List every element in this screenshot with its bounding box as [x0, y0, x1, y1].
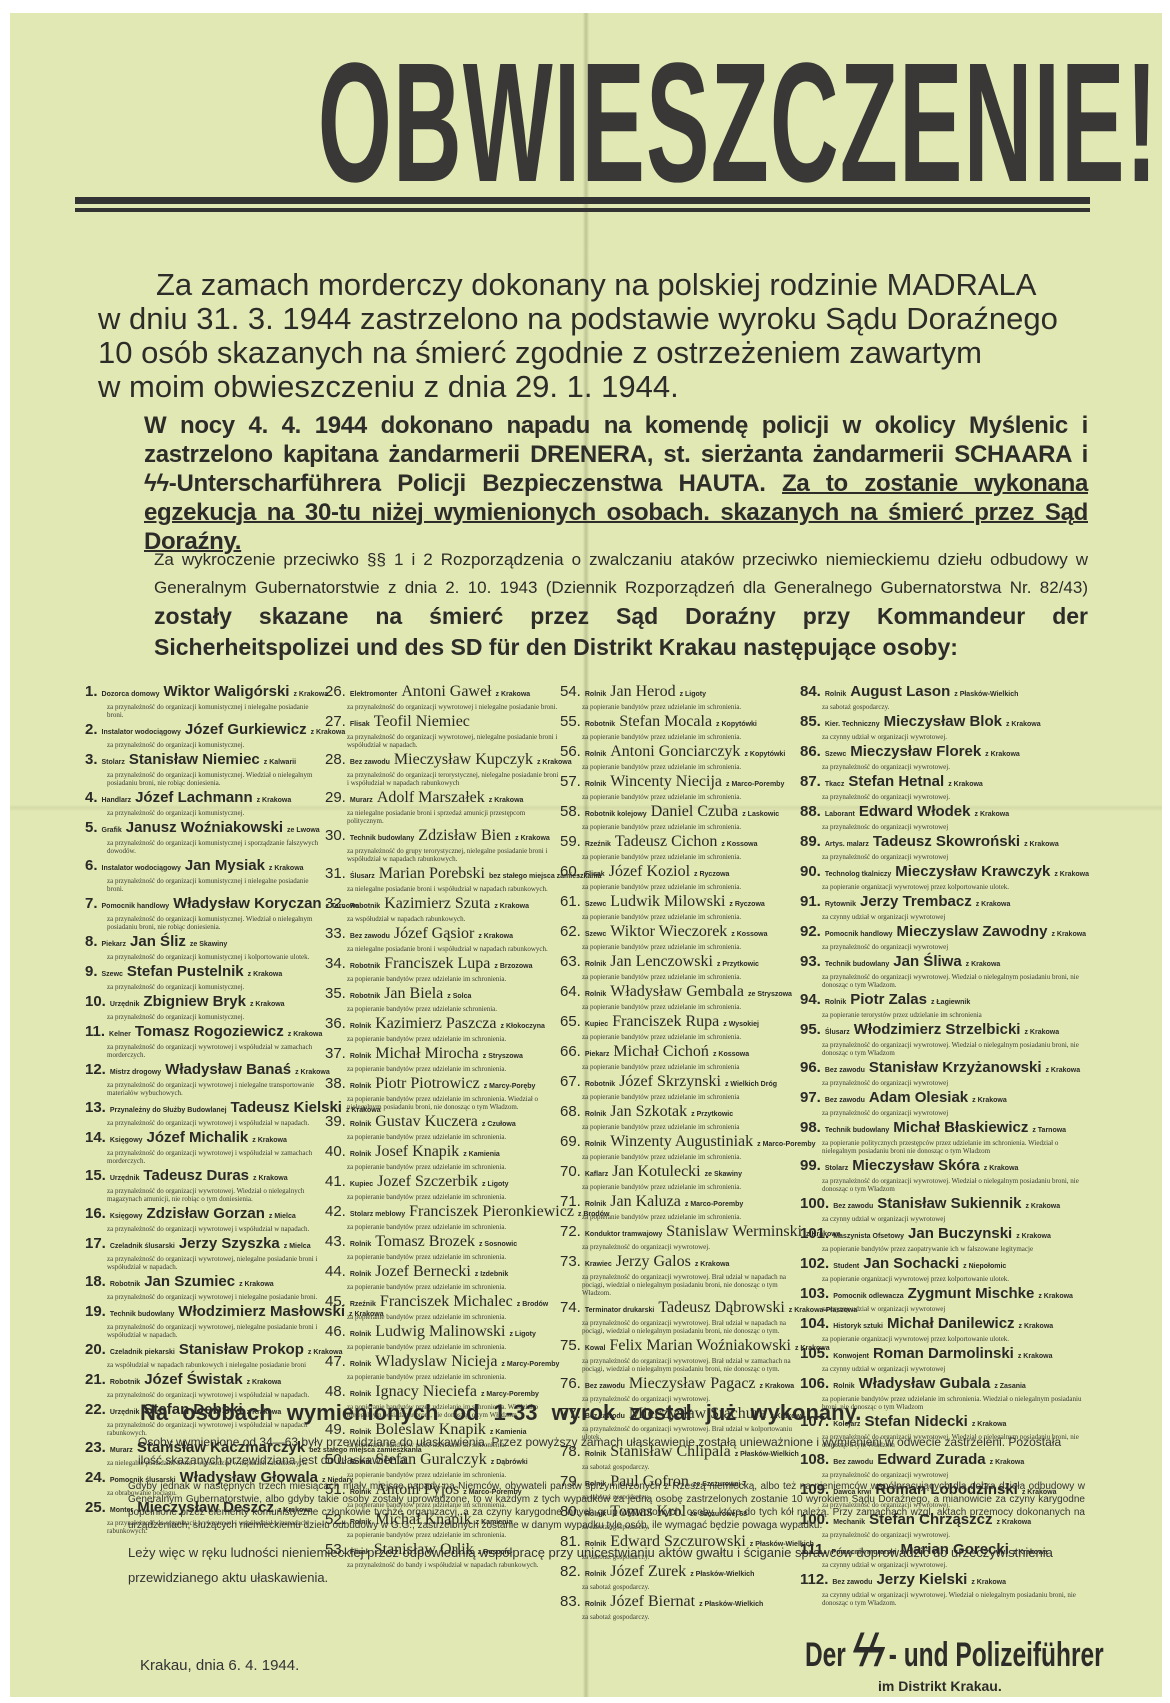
person-reason: za czynny udział w organizacji wywrotowe…: [822, 1365, 1085, 1373]
person-origin: z Krakowa: [253, 1175, 288, 1182]
person-occupation: Bez zawodu: [825, 1097, 865, 1104]
person-reason: za przynależność do organizacji wywrotow…: [107, 1225, 320, 1233]
person-reason: za przynależność do organizacji wywrotow…: [582, 1319, 795, 1335]
person-occupation: Rolnik: [585, 751, 606, 758]
person-reason: za przynależność do organizacji wywrotow…: [822, 763, 1085, 771]
person-name: Michał Danilewicz: [887, 1315, 1015, 1332]
person-entry: 35.RobotnikJan Bielaz Solcaza popieranie…: [325, 985, 560, 1013]
person-reason: za popieranie bandytów przez udzielanie …: [347, 1373, 560, 1381]
person-reason: za popieranie bandytów przez udzielanie …: [582, 973, 795, 981]
person-number: 11.: [85, 1023, 105, 1040]
person-name: Daniel Czuba: [651, 803, 739, 820]
person-entry: 73.KrawiecJerzy Galosz Krakowaza przynal…: [560, 1253, 795, 1297]
person-reason: za popieranie bandytów przez udzielanie …: [347, 975, 560, 983]
person-number: 47.: [325, 1353, 346, 1370]
person-name: Władysław Gubala: [859, 1375, 991, 1392]
person-number: 32.: [325, 895, 346, 912]
person-name: Jozef Szczerbik: [377, 1173, 478, 1190]
person-reason: za popieranie bandytów przez udzielanie …: [582, 793, 795, 801]
person-name: Józef Gąsior: [394, 925, 474, 942]
person-name: Stanisław Sukiennik: [877, 1195, 1021, 1212]
person-number: 62.: [560, 923, 581, 940]
person-number: 67.: [560, 1073, 581, 1090]
person-reason: za sabotaż gospodarczy.: [822, 703, 1085, 711]
person-reason: za współudział w napadach rabunkowych.: [347, 915, 560, 923]
person-entry: 34.RobotnikFranciszek Lupaz Brzozowaza p…: [325, 955, 560, 983]
person-entry: 94.RolnikPiotr Zalasz Łagiewnikza popier…: [800, 991, 1085, 1019]
persons-column-4: 84.RolnikAugust Lasonz Płasków-Wielkichz…: [800, 683, 1085, 1609]
person-name: Mieczysław Kupczyk: [394, 751, 533, 768]
person-entry: 47.RolnikWladyslaw Niciejaz Marcy-Poremb…: [325, 1353, 560, 1381]
person-entry: 14.KsięgowyJózef Michalikz Krakowaza prz…: [85, 1129, 320, 1165]
person-origin: z Krakowa: [515, 835, 550, 842]
person-occupation: Szewc: [825, 751, 846, 758]
poster-title: OBWIESZCZENIE!: [318, 53, 872, 193]
person-number: 15.: [85, 1167, 106, 1184]
person-name: Józef Koziol: [609, 863, 690, 880]
person-occupation: Rolnik: [585, 1141, 606, 1148]
person-entry: 44.RolnikJozef Berneckiz Izdebnikza popi…: [325, 1263, 560, 1291]
person-entry: 83.RolnikJózef Biernatz Płasków-Wielkich…: [560, 1593, 795, 1621]
person-number: 85.: [800, 713, 821, 730]
person-origin: z Przytkowic: [691, 1111, 733, 1118]
person-occupation: Urzędnik: [110, 1001, 140, 1008]
person-reason: za popieranie bandytów przez udzielanie …: [347, 1253, 560, 1261]
person-reason: za przynależność do organizacji wywrotow…: [107, 1323, 320, 1339]
person-reason: za przynależność do organizacji wywrotow…: [822, 1177, 1085, 1193]
person-reason: za przynależność do organizacji wywrotow…: [347, 703, 560, 711]
person-origin: z Mielca: [269, 1213, 296, 1220]
person-entry: 90.Technolog tkalniczyMieczysław Krawczy…: [800, 863, 1085, 891]
person-entry: 2.Instalator wodociągowyJózef Gurkiewicz…: [85, 721, 320, 749]
person-name: Jerzy Galos: [616, 1253, 691, 1270]
person-entry: 11.KelnerTomasz Rogoziewiczz Krakowaza p…: [85, 1023, 320, 1059]
person-entry: 105.KonwojentRoman Darmolinskiz Krakowaz…: [800, 1345, 1085, 1373]
person-name: Gustav Kuczera: [375, 1113, 478, 1130]
person-name: Zbigniew Bryk: [143, 993, 246, 1010]
signature-pre: Der: [805, 1636, 846, 1674]
person-occupation: Robotnik kolejowy: [585, 811, 647, 818]
person-origin: z Krakowa: [1016, 1233, 1051, 1240]
person-entry: 18.RobotnikJan Szumiecz Krakowaza przyna…: [85, 1273, 320, 1301]
person-reason: za nielegalne posiadanie broni i sprzeda…: [347, 809, 560, 825]
person-number: 40.: [325, 1143, 346, 1160]
person-occupation: Rolnik: [585, 1201, 606, 1208]
person-entry: 72.Konduktor tramwajowyStanislaw Wermins…: [560, 1223, 795, 1251]
person-origin: z Ligoty: [680, 691, 706, 698]
person-name: Janusz Woźniakowski: [126, 819, 283, 836]
person-origin: z Wielkich Dróg: [725, 1081, 777, 1088]
person-entry: 8.PiekarzJan Ślizze Skawinyza przynależn…: [85, 933, 320, 961]
pardon-paragraph: Osoby wymienione od 34—63 były przewidzi…: [98, 1433, 1088, 1469]
person-reason: za czynny udział w organizacji wywrotowe…: [822, 1215, 1085, 1223]
person-name: Piotr Zalas: [850, 991, 927, 1008]
person-reason: za przynależność do organizacji komunist…: [107, 915, 320, 931]
person-number: 99.: [800, 1157, 821, 1174]
person-name: Józef Gurkiewicz: [185, 721, 307, 738]
person-number: 37.: [325, 1045, 346, 1062]
person-entry: 86.SzewcMieczysław Florekz Krakowaza prz…: [800, 743, 1085, 771]
person-origin: ze Lwowa: [287, 827, 320, 834]
person-reason: za popieranie bandytów przez udzielanie …: [582, 853, 795, 861]
person-entry: 100.Bez zawoduStanisław Sukiennikz Krako…: [800, 1195, 1085, 1223]
person-number: 20.: [85, 1341, 106, 1358]
person-reason: za popieranie bandytów przez udzielanie …: [347, 1283, 560, 1291]
person-occupation: Maszynista Ofsetowy: [833, 1233, 904, 1240]
person-origin: z Sosnowic: [479, 1241, 517, 1248]
person-entry: 33.Bez zawoduJózef Gąsiorz Krakowaza nie…: [325, 925, 560, 953]
person-entry: 85.Kier. TechnicznyMieczysław Blokz Krak…: [800, 713, 1085, 741]
person-name: Antoni Gaweł: [401, 683, 491, 700]
person-name: Jan Szkotak: [610, 1103, 687, 1120]
person-name: Tadeusz Cichon: [615, 833, 717, 850]
person-occupation: Krawiec: [585, 1261, 612, 1268]
person-number: 98.: [800, 1119, 821, 1136]
person-entry: 12.Mistrz drogowyWładysław Banaśz Krakow…: [85, 1061, 320, 1097]
person-entry: 37.RolnikMichał Mirochaz Stryszowaza pop…: [325, 1045, 560, 1073]
person-number: 1.: [85, 683, 98, 700]
person-entry: 75.KowalFelix Marian Woźniakowskiz Krako…: [560, 1337, 795, 1373]
person-name: Jan Buczynski: [908, 1225, 1012, 1242]
person-occupation: Pomocnik handlowy: [825, 931, 893, 938]
person-reason: za przynależność do organizacji komunist…: [107, 703, 320, 719]
person-name: Franciszek Lupa: [384, 955, 490, 972]
person-occupation: Terminator drukarski: [585, 1307, 655, 1314]
person-entry: 68.RolnikJan Szkotakz Przytkowicza popie…: [560, 1103, 795, 1131]
person-entry: 56.RolnikAntoni Gonciarczykz Kopytówkiza…: [560, 743, 795, 771]
person-number: 35.: [325, 985, 346, 1002]
person-origin: z Ligoty: [509, 1331, 535, 1338]
person-origin: z Krakowa: [247, 1379, 282, 1386]
person-occupation: Tkacz: [825, 781, 844, 788]
person-name: Jerzy Szyszka: [179, 1235, 280, 1252]
person-entry: 46.RolnikLudwig Malinowskiz Ligotyza pop…: [325, 1323, 560, 1351]
person-occupation: Technik budowlany: [350, 835, 414, 842]
person-origin: z Krakowa: [975, 811, 1010, 818]
person-occupation: Rzeźnik: [350, 1301, 376, 1308]
person-number: 55.: [560, 713, 581, 730]
person-number: 104.: [800, 1315, 829, 1332]
person-occupation: Rolnik: [350, 1331, 371, 1338]
person-occupation: Rolnik: [585, 1111, 606, 1118]
person-origin: z Marcy-Poremby: [501, 1361, 559, 1368]
person-name: Jerzy Trembacz: [860, 893, 972, 910]
person-number: 31.: [325, 865, 346, 882]
person-reason: za popieranie bandytów przez udzielanie …: [347, 1035, 560, 1043]
decree-bold-text: zostały skazane na śmierć przez Sąd Dora…: [154, 603, 1088, 660]
person-number: 3.: [85, 751, 98, 768]
person-name: Stefan Pustelnik: [127, 963, 244, 980]
person-origin: z Łagiewnik: [931, 999, 970, 1006]
person-occupation: Kupiec: [585, 1021, 608, 1028]
person-name: Teofil Niemiec: [374, 713, 470, 730]
person-reason: za czynny udział w organizacji wywrotowe…: [822, 733, 1085, 741]
person-occupation: Robotnik: [350, 993, 380, 1000]
person-reason: za przynależność do organizacji komunist…: [107, 839, 320, 855]
intro-paragraph-myslenice: W nocy 4. 4. 1944 dokonano napadu na kom…: [98, 411, 1088, 556]
person-reason: za popieranie bandytów przez udzielanie …: [582, 1213, 795, 1221]
person-origin: z Brodów: [517, 1301, 549, 1308]
person-name: Mieczysław Pagacz: [629, 1375, 756, 1392]
person-name: Jan Lenczowski: [610, 953, 713, 970]
person-origin: z Krakowa: [1054, 871, 1089, 878]
person-entry: 9.SzewcStefan Pustelnikz Krakowaza przyn…: [85, 963, 320, 991]
person-number: 92.: [800, 923, 821, 940]
person-entry: 43.RolnikTomasz Brozekz Sosnowicza popie…: [325, 1233, 560, 1261]
person-number: 97.: [800, 1089, 821, 1106]
person-name: Józef Lachmann: [135, 789, 253, 806]
person-entry: 4.HandlarzJózef Lachmannz Krakowaza przy…: [85, 789, 320, 817]
person-number: 22.: [85, 1401, 106, 1418]
person-reason: za przynależność do organizacji wywrotow…: [822, 1471, 1085, 1479]
person-occupation: Robotnik: [350, 903, 380, 910]
person-number: 60.: [560, 863, 581, 880]
person-entry: 7.Pomocnik handlowyWładysław Koryczanz T…: [85, 895, 320, 931]
person-reason: za przynależność do organizacji wywrotow…: [822, 1531, 1085, 1539]
person-reason: za popieranie bandytów przez udzielanie …: [347, 1193, 560, 1201]
person-reason: za czynny udział w organizacji wywrotowe…: [822, 913, 1085, 921]
person-occupation: Robotnik: [110, 1281, 140, 1288]
person-name: Tomasz Rogoziewicz: [135, 1023, 284, 1040]
person-name: Mieczysław Blok: [884, 713, 1002, 730]
person-occupation: Ślusarz: [350, 873, 375, 880]
person-origin: z Krakowa: [293, 691, 328, 698]
decree-paragraph: Za wykroczenie przeciwko §§ 1 i 2 Rozpor…: [98, 546, 1088, 664]
person-reason: za popieranie bandytów przez udzielanie …: [582, 883, 795, 891]
person-number: 8.: [85, 933, 98, 950]
person-name: Michał Cichoń: [613, 1043, 709, 1060]
signature-post: - und Polizeiführer: [889, 1636, 1104, 1674]
person-origin: z Krakowa: [257, 797, 292, 804]
person-entry: 19.Technik budowlanyWłodzimierz Masłowsk…: [85, 1303, 320, 1339]
person-reason: za przynależność do organizacji wywrotow…: [107, 1119, 320, 1127]
person-number: 39.: [325, 1113, 346, 1130]
person-origin: z Krakowa: [496, 691, 531, 698]
person-origin: ze Skawiny: [705, 1171, 742, 1178]
person-entry: 30.Technik budowlanyZdzisław Bienz Krako…: [325, 827, 560, 863]
person-occupation: Technolog tkalniczy: [825, 871, 891, 878]
person-entry: 59.RzeźnikTadeusz Cichonz Kossowaza popi…: [560, 833, 795, 861]
person-entry: 1.Dozorca domowyWiktor Waligórskiz Krako…: [85, 683, 320, 719]
person-name: Wladyslaw Nicieja: [375, 1353, 497, 1370]
person-origin: z Krakowa: [1045, 1067, 1080, 1074]
person-origin: z Ryczowa: [694, 871, 729, 878]
person-entry: 70.KaflarzJan Kotuleckize Skawinyza popi…: [560, 1163, 795, 1191]
person-reason: za przynależność do organizacji wywrotow…: [582, 1357, 795, 1373]
person-number: 100.: [800, 1195, 829, 1212]
person-occupation: Handlarz: [102, 797, 132, 804]
person-name: Jan Sochacki: [863, 1255, 959, 1272]
person-origin: z Laskowic: [742, 811, 779, 818]
person-number: 94.: [800, 991, 821, 1008]
person-occupation: Rolnik: [825, 999, 846, 1006]
person-number: 71.: [560, 1193, 581, 1210]
person-origin: z Krakowa: [252, 1137, 287, 1144]
person-number: 42.: [325, 1203, 346, 1220]
person-origin: z Ligoty: [482, 1181, 508, 1188]
person-origin: z Krakowa: [478, 933, 513, 940]
person-name: Felix Marian Woźniakowski: [609, 1337, 791, 1354]
warning-paragraph: Gdyby jednak w następnych trzech miesiąc…: [85, 1480, 1085, 1532]
person-entry: 5.GrafikJanusz Woźniakowskize Lwowaza pr…: [85, 819, 320, 855]
person-entry: 93.Technik budowlanyJan Śliwaz Krakowaza…: [800, 953, 1085, 989]
person-number: 44.: [325, 1263, 346, 1280]
person-reason: za popieranie organizacji wywrotowej prz…: [822, 1335, 1085, 1343]
person-entry: 58.Robotnik kolejowyDaniel Czubaz Laskow…: [560, 803, 795, 831]
person-name: Włodzimierz Masłowski: [178, 1303, 345, 1320]
person-name: Jan Herod: [610, 683, 675, 700]
person-occupation: Kupiec: [350, 1181, 373, 1188]
person-name: Tadeusz Duras: [143, 1167, 249, 1184]
person-reason: za popieranie organizacji wywrotowej prz…: [822, 1275, 1085, 1283]
intro-line: 10 osób skazanych na śmierć zgodnie z os…: [98, 336, 1088, 370]
person-name: Wiktor Waligórski: [163, 683, 289, 700]
person-entry: 42.Stolarz meblowyFranciszek Pieronkiewi…: [325, 1203, 560, 1231]
person-number: 73.: [560, 1253, 581, 1270]
person-reason: za przynależność do organizacji wywrotow…: [822, 853, 1085, 861]
person-occupation: Rytownik: [825, 901, 856, 908]
person-occupation: Kowal: [585, 1345, 606, 1352]
person-entry: 6.Instalator wodociągowyJan Mysiakz Krak…: [85, 857, 320, 893]
person-occupation: Student: [833, 1263, 859, 1270]
person-reason: za przynależność do organizacji komunist…: [107, 983, 320, 991]
person-name: Roman Darmolinski: [873, 1345, 1014, 1362]
person-entry: 65.KupiecFranciszek Rupaz Wysokiejza pop…: [560, 1013, 795, 1041]
title-underline-thin: [75, 208, 1090, 212]
person-number: 46.: [325, 1323, 346, 1340]
person-origin: z Krakowa: [1025, 1203, 1060, 1210]
person-number: 101.: [800, 1225, 829, 1242]
person-occupation: Kier. Techniczny: [825, 721, 880, 728]
person-occupation: Rolnik: [585, 961, 606, 968]
person-occupation: Flisak: [350, 721, 370, 728]
person-occupation: Rolnik: [350, 1053, 371, 1060]
person-origin: z Kossowa: [713, 1051, 749, 1058]
person-occupation: Laborant: [825, 811, 855, 818]
person-reason: za popieranie bandytów przez udzielanie …: [347, 1313, 560, 1321]
person-occupation: Bez zawodu: [825, 1067, 865, 1074]
person-reason: za popieranie bandytów przez udzielanie …: [347, 1471, 560, 1479]
person-number: 30.: [325, 827, 346, 844]
person-name: Mieczysław Krawczyk: [895, 863, 1050, 880]
person-reason: za przynależność do organizacji komunist…: [107, 741, 320, 749]
person-entry: 97.Bez zawoduAdam Olesiakz Krakowaza prz…: [800, 1089, 1085, 1117]
person-number: 57.: [560, 773, 581, 790]
person-entry: 71.RolnikJan Kaluzaz Marco-Porembyza pop…: [560, 1193, 795, 1221]
person-origin: z Stryszowa: [483, 1053, 523, 1060]
person-name: Franciszek Pieronkiewicz: [409, 1203, 574, 1220]
person-origin: z Płasków-Wielkich: [699, 1601, 763, 1608]
executed-statement: Na osobach wymienionych od 1-33 wyrok zo…: [140, 1400, 1090, 1426]
person-reason: za współudział w napadach rabunkowych i …: [107, 1361, 320, 1369]
person-number: 2.: [85, 721, 98, 738]
person-name: Władysław Koryczan: [173, 895, 321, 912]
person-entry: 26.ElektromonterAntoni Gawełz Krakowaza …: [325, 683, 560, 711]
person-occupation: Robotnik: [585, 721, 615, 728]
person-occupation: Stolarz meblowy: [350, 1211, 405, 1218]
person-origin: z Krakowa: [1019, 1323, 1054, 1330]
person-occupation: Bez zawodu: [585, 1383, 625, 1390]
person-name: Jan Śliz: [130, 933, 186, 950]
place-date: Krakau, dnia 6. 4. 1944.: [140, 1657, 299, 1674]
person-occupation: Bez zawodu: [350, 759, 390, 766]
person-occupation: Instalator wodociągowy: [102, 729, 181, 736]
person-number: 91.: [800, 893, 821, 910]
person-origin: z Krakowa: [239, 1281, 274, 1288]
person-number: 95.: [800, 1021, 821, 1038]
person-occupation: Stolarz: [825, 1165, 848, 1172]
person-occupation: Rolnik: [350, 1271, 371, 1278]
intro-line: w dniu 31. 3. 1944 zastrzelono na podsta…: [98, 302, 1088, 336]
person-occupation: Robotnik: [585, 1081, 615, 1088]
person-reason: za przynależność do organizacji wywrotow…: [822, 1079, 1085, 1087]
intro-paragraph-madrala: Za zamach morderczy dokonany na polskiej…: [98, 268, 1088, 404]
person-name: Mieczyslaw Zawodny: [897, 923, 1048, 940]
person-occupation: Ślusarz: [825, 1029, 850, 1036]
person-occupation: Konduktor tramwajowy: [585, 1231, 662, 1238]
person-number: 14.: [85, 1129, 106, 1146]
person-name: Edward Włodek: [859, 803, 971, 820]
person-origin: z Niepołomic: [963, 1263, 1006, 1270]
person-occupation: Robotnik: [350, 963, 380, 970]
person-occupation: Stolarz: [102, 759, 125, 766]
person-number: 88.: [800, 803, 821, 820]
person-reason: za czynny udział w organizacji wywrotowe…: [822, 1305, 1085, 1313]
person-origin: z Krakowa: [984, 1165, 1019, 1172]
person-occupation: Czeladnik piekarski: [110, 1349, 175, 1356]
person-name: Wincenty Niecija: [610, 773, 722, 790]
person-occupation: Szewc: [585, 901, 606, 908]
person-reason: za przynależność do organizacji wywrotow…: [107, 1149, 320, 1165]
person-name: Józef Skrzynski: [619, 1073, 721, 1090]
person-occupation: Artys. malarz: [825, 841, 869, 848]
person-occupation: Urzędnik: [110, 1409, 140, 1416]
person-reason: za przynależność do organizacji wywrotow…: [822, 793, 1085, 801]
person-origin: z Płasków-Wielkich: [954, 691, 1018, 698]
person-occupation: Murarz: [350, 797, 373, 804]
person-number: 13.: [85, 1099, 106, 1116]
person-entry: 91.RytownikJerzy Trembaczz Krakowaza czy…: [800, 893, 1085, 921]
person-name: Zdzisław Gorzan: [147, 1205, 265, 1222]
person-occupation: Rolnik: [350, 1023, 371, 1030]
person-entry: 54.RolnikJan Herodz Ligotyza popieranie …: [560, 683, 795, 711]
person-origin: z Brzozowa: [494, 963, 532, 970]
person-number: 16.: [85, 1205, 106, 1222]
person-number: 69.: [560, 1133, 581, 1150]
person-occupation: Dozorca domowy: [102, 691, 160, 698]
person-entry: 55.RobotnikStefan Mocalaz Kopytówkiza po…: [560, 713, 795, 741]
person-reason: za popieranie bandytów przez udzielanie …: [582, 1123, 795, 1131]
person-occupation: Urzędnik: [110, 1175, 140, 1182]
person-number: 56.: [560, 743, 581, 760]
person-name: Jan Biela: [384, 985, 443, 1002]
person-occupation: Rolnik: [585, 1601, 606, 1608]
person-origin: z Kalwarii: [264, 759, 296, 766]
person-name: Stanislaw Werminski: [666, 1223, 802, 1240]
person-reason: za popieranie bandytów przez udzielanie …: [347, 1223, 560, 1231]
person-entry: 10.UrzędnikZbigniew Brykz Krakowaza przy…: [85, 993, 320, 1021]
person-origin: z Krakowa: [966, 961, 1001, 968]
person-name: Tadeusz Dąbrowski: [658, 1299, 784, 1316]
person-occupation: Pomocnik odlewacza: [833, 1293, 903, 1300]
person-number: 72.: [560, 1223, 581, 1240]
person-number: 43.: [325, 1233, 346, 1250]
person-entry: 84.RolnikAugust Lasonz Płasków-Wielkichz…: [800, 683, 1085, 711]
person-entry: 62.SzewcWiktor Wieczorekz Kossowaza popi…: [560, 923, 795, 951]
person-number: 5.: [85, 819, 98, 836]
person-reason: za przynależnośc do organizacji wywrotow…: [822, 823, 1085, 831]
person-reason: za popieranie bandytów przez udzielanie …: [347, 1095, 560, 1111]
